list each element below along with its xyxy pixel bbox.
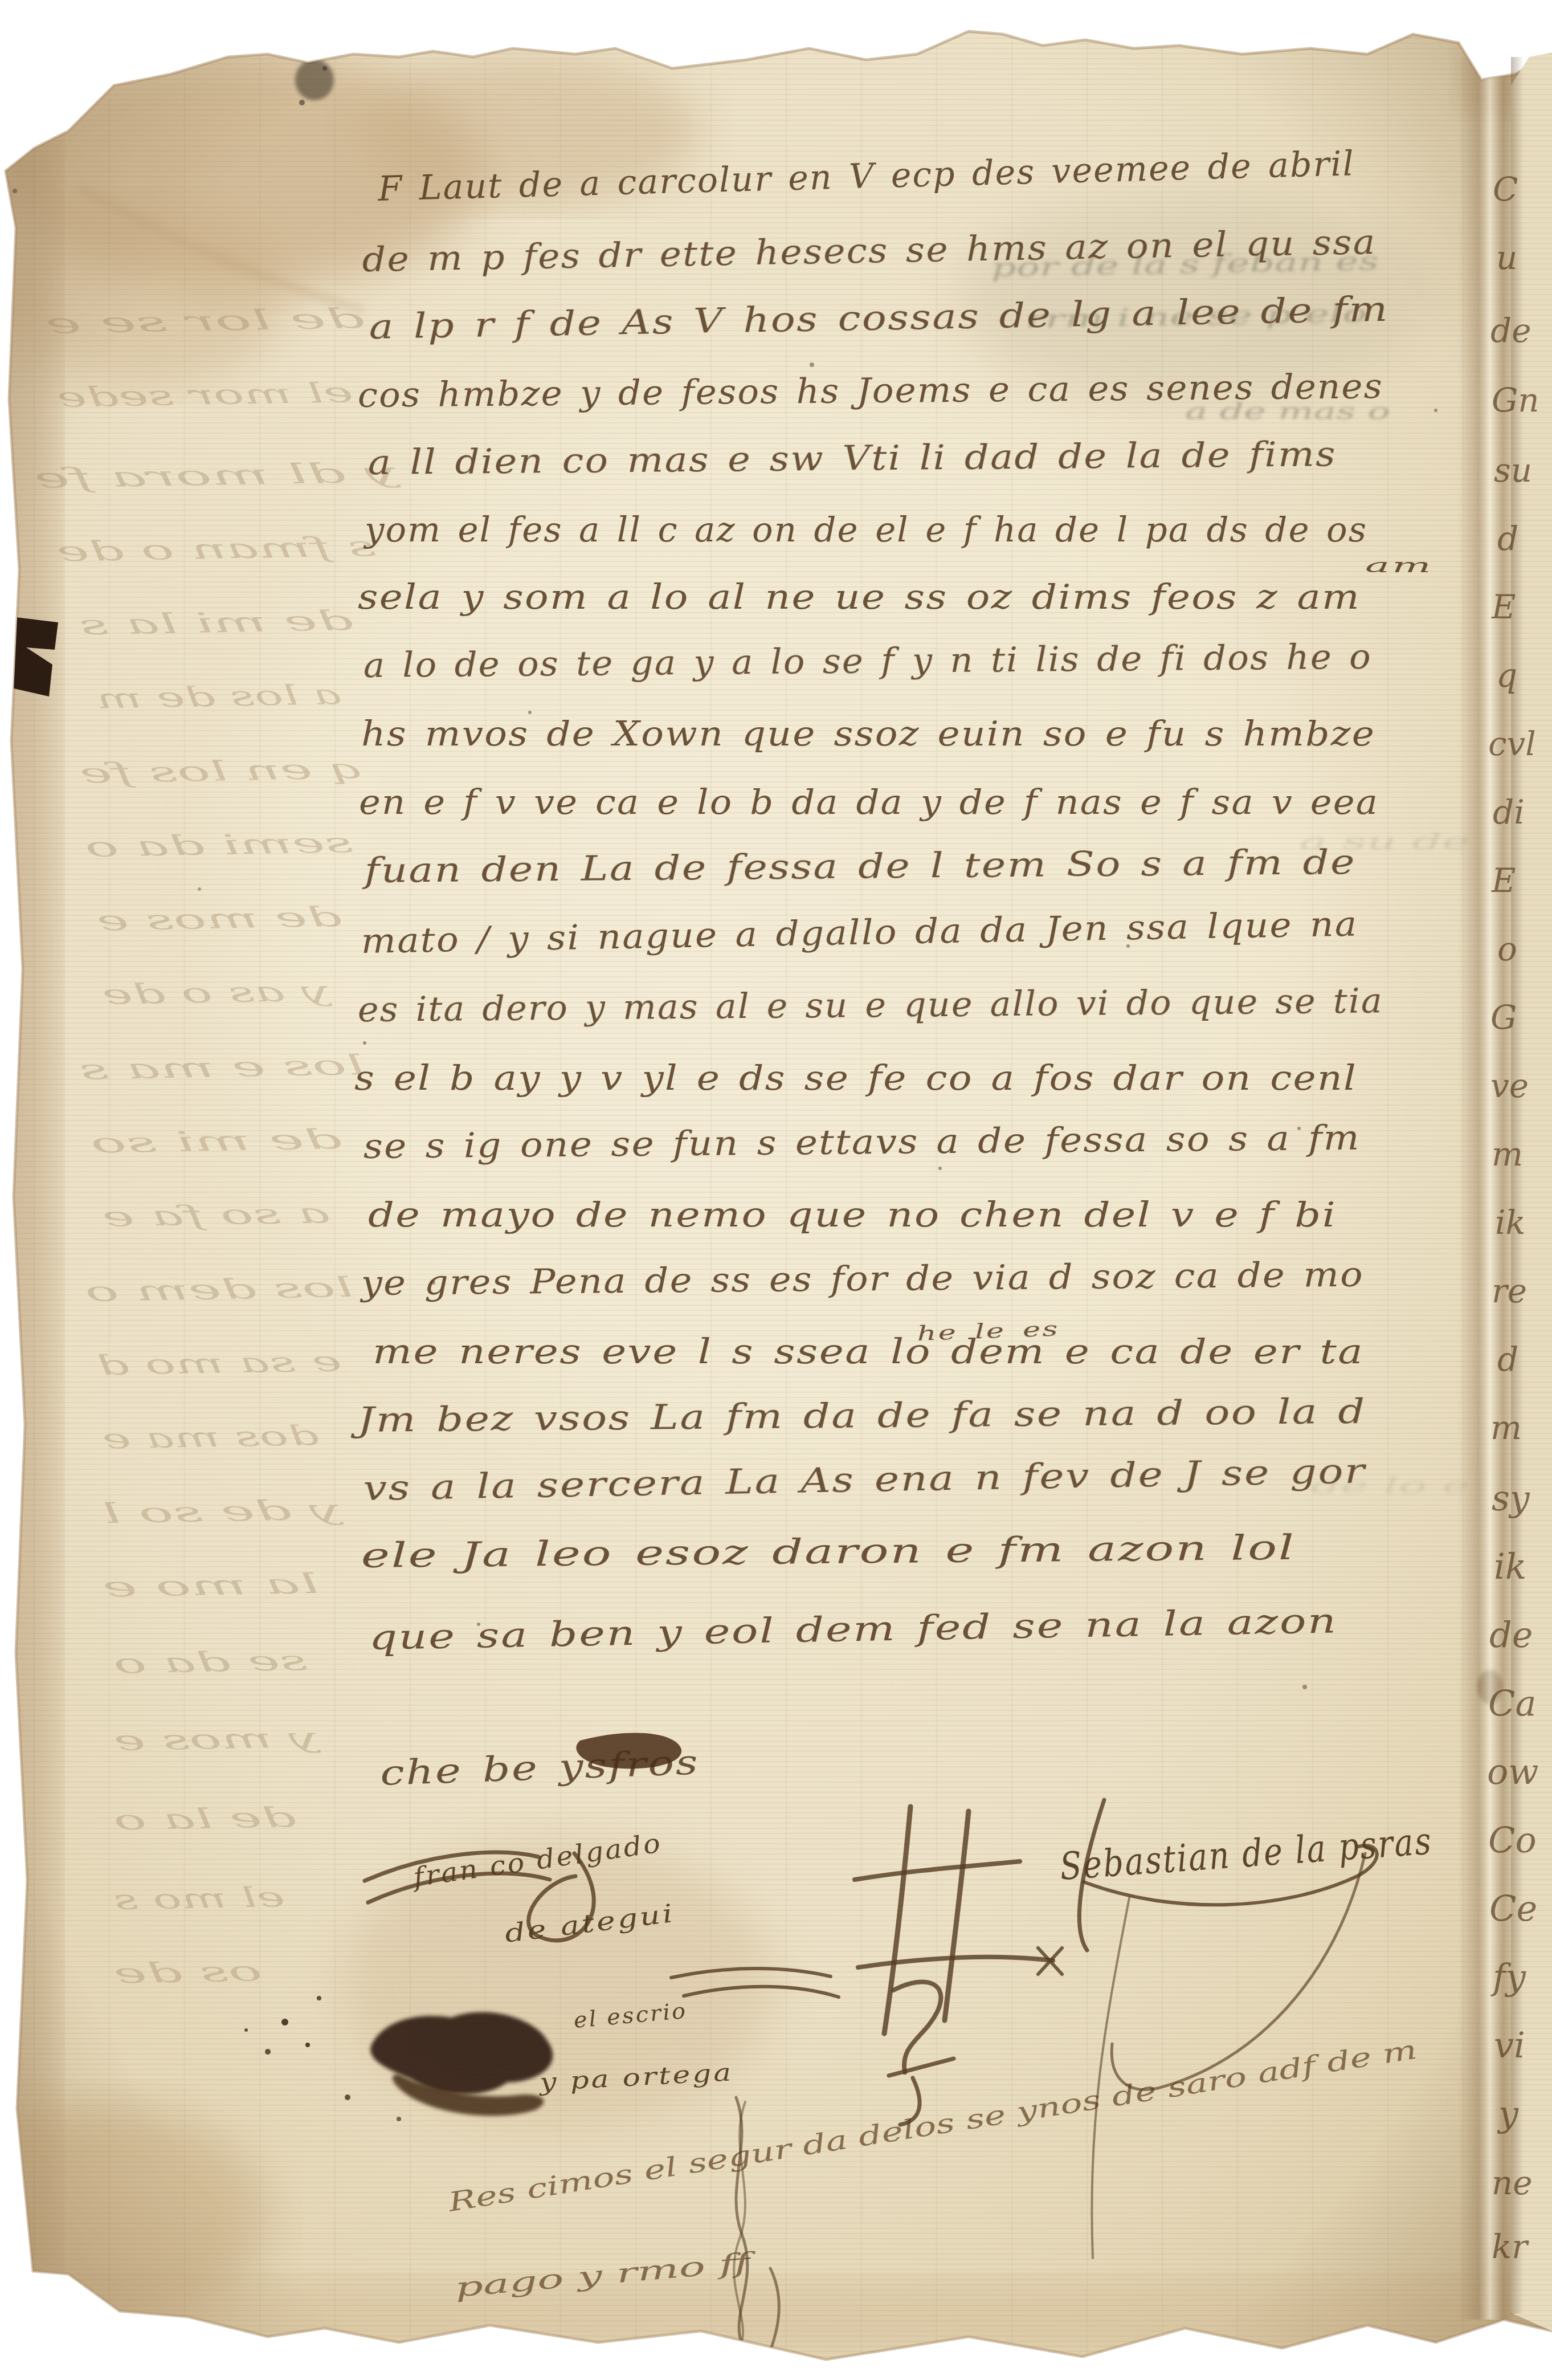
- edge-text-line: E: [1491, 861, 1516, 900]
- edge-text-line: ow: [1487, 1751, 1538, 1792]
- edge-text-line: Ce: [1489, 1888, 1537, 1929]
- scanned-manuscript-page: de lor se eel mor sedey dl mora fes fman…: [0, 0, 1552, 2380]
- edge-text-line: sy: [1492, 1477, 1530, 1519]
- edge-text-line: ik: [1494, 1546, 1526, 1587]
- edge-text-line: vi: [1494, 2024, 1525, 2066]
- edge-text-line: cvl: [1488, 724, 1536, 763]
- edge-text-line: C: [1493, 170, 1518, 209]
- edge-text-line: de: [1490, 311, 1531, 350]
- edge-text-line: u: [1496, 238, 1517, 277]
- edge-text-line: su: [1494, 451, 1532, 490]
- edge-vignette: [6, 31, 1552, 2359]
- edge-text-line: fy: [1490, 1956, 1526, 1998]
- edge-text-line: kr: [1492, 2227, 1529, 2266]
- edge-text-line: E: [1491, 588, 1516, 626]
- edge-text-line: Gn: [1492, 381, 1539, 419]
- edge-text-line: re: [1492, 1271, 1527, 1310]
- edge-text-line: o: [1497, 930, 1517, 968]
- edge-text-line: d: [1497, 1340, 1518, 1379]
- edge-text-line: Ca: [1488, 1682, 1536, 1724]
- edge-text-line: ve: [1490, 1066, 1529, 1105]
- edge-text-line: ik: [1495, 1203, 1526, 1242]
- edge-text-line: m: [1490, 1408, 1522, 1447]
- edge-text-line: de: [1489, 1614, 1533, 1656]
- edge-text-line: ne: [1492, 2163, 1533, 2202]
- edge-text-line: d: [1497, 519, 1518, 558]
- edge-text-line: Co: [1488, 1819, 1537, 1861]
- edge-text-line: di: [1493, 793, 1525, 832]
- edge-text-line: m: [1492, 1135, 1523, 1173]
- page-content: de lor se eel mor sedey dl mora fes fman…: [0, 0, 1552, 2380]
- manuscript-scan: de lor se eel mor sedey dl mora fes fman…: [0, 0, 1552, 2380]
- edge-text-line: y: [1497, 2093, 1519, 2134]
- edge-text-line: G: [1490, 998, 1517, 1037]
- edge-text-line: q: [1496, 656, 1517, 695]
